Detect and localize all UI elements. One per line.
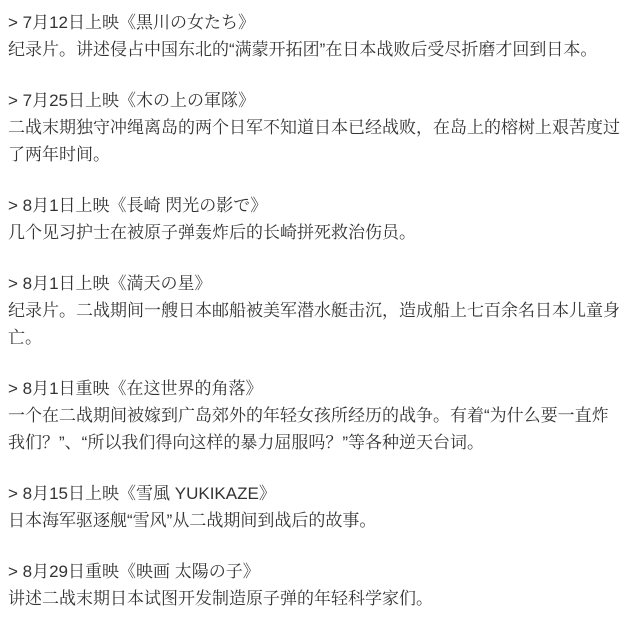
release-title: > 8月29日重映《映画 太陽の子》 bbox=[8, 558, 623, 585]
release-item: > 8月1日重映《在这世界的角落》 一个在二战期间被嫁到广岛郊外的年轻女孩所经历… bbox=[8, 375, 623, 456]
release-desc: 纪录片。讲述侵占中国东北的“满蒙开拓团”在日本战败后受尽折磨才回到日本。 bbox=[8, 36, 623, 63]
release-title: > 8月15日上映《雪風 YUKIKAZE》 bbox=[8, 480, 623, 507]
release-item: > 7月12日上映《黒川の女たち》 纪录片。讲述侵占中国东北的“满蒙开拓团”在日… bbox=[8, 9, 623, 63]
release-item: > 8月15日上映《雪風 YUKIKAZE》 日本海军驱逐舰“雪风”从二战期间到… bbox=[8, 480, 623, 534]
release-item: > 8月1日上映《長崎 閃光の影で》 几个见习护士在被原子弹轰炸后的长崎拼死救治… bbox=[8, 192, 623, 246]
release-title: > 8月1日重映《在这世界的角落》 bbox=[8, 375, 623, 402]
release-desc: 几个见习护士在被原子弹轰炸后的长崎拼死救治伤员。 bbox=[8, 219, 623, 246]
release-title: > 8月1日上映《満天の星》 bbox=[8, 270, 623, 297]
release-title: > 7月25日上映《木の上の軍隊》 bbox=[8, 87, 623, 114]
release-item: > 8月1日上映《満天の星》 纪录片。二战期间一艘日本邮船被美军潜水艇击沉，造成… bbox=[8, 270, 623, 351]
release-item: > 7月25日上映《木の上の軍隊》 二战末期独守冲绳离岛的两个日军不知道日本已经… bbox=[8, 87, 623, 168]
movie-release-list: > 7月12日上映《黒川の女たち》 纪录片。讲述侵占中国东北的“满蒙开拓团”在日… bbox=[0, 0, 631, 620]
release-desc: 纪录片。二战期间一艘日本邮船被美军潜水艇击沉，造成船上七百余名日本儿童身亡。 bbox=[8, 297, 623, 351]
release-desc: 二战末期独守冲绳离岛的两个日军不知道日本已经战败，在岛上的榕树上艰苦度过了两年时… bbox=[8, 114, 623, 168]
release-desc: 日本海军驱逐舰“雪风”从二战期间到战后的故事。 bbox=[8, 507, 623, 534]
release-desc: 讲述二战末期日本试图开发制造原子弹的年轻科学家们。 bbox=[8, 585, 623, 612]
release-title: > 8月1日上映《長崎 閃光の影で》 bbox=[8, 192, 623, 219]
release-item: > 8月29日重映《映画 太陽の子》 讲述二战末期日本试图开发制造原子弹的年轻科… bbox=[8, 558, 623, 612]
release-title: > 7月12日上映《黒川の女たち》 bbox=[8, 9, 623, 36]
release-desc: 一个在二战期间被嫁到广岛郊外的年轻女孩所经历的战争。有着“为什么要一直炸我们？”… bbox=[8, 402, 623, 456]
